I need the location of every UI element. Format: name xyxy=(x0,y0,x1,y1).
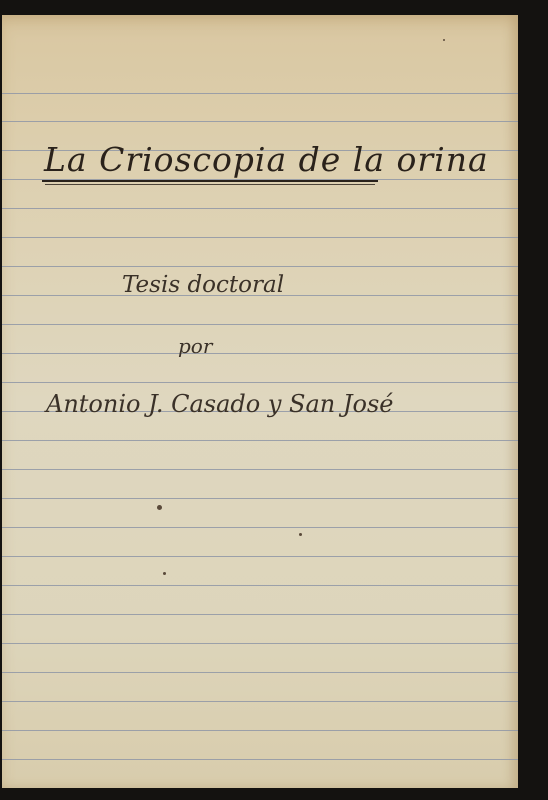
author-preposition: por xyxy=(178,334,212,358)
ruled-line xyxy=(2,701,518,702)
ruled-line xyxy=(2,353,518,354)
ink-spot xyxy=(443,39,445,41)
ruled-line xyxy=(2,440,518,441)
ruled-line xyxy=(2,237,518,238)
ruled-line xyxy=(2,208,518,209)
author-name: Antonio J. Casado y San José xyxy=(46,390,393,418)
ruled-line xyxy=(2,498,518,499)
ruled-line xyxy=(2,585,518,586)
ink-spot xyxy=(299,533,302,536)
document-subtitle: Tesis doctoral xyxy=(122,272,284,298)
ruled-line xyxy=(2,672,518,673)
ruled-line xyxy=(2,121,518,122)
title-underline xyxy=(42,180,378,182)
ruled-line xyxy=(2,382,518,383)
ruled-line xyxy=(2,614,518,615)
ink-spot xyxy=(157,505,162,510)
ruled-line xyxy=(2,324,518,325)
ruled-line xyxy=(2,730,518,731)
ruled-line xyxy=(2,527,518,528)
title-underline-secondary xyxy=(45,184,375,185)
ruled-line xyxy=(2,469,518,470)
ruled-line xyxy=(2,643,518,644)
ruled-line xyxy=(2,759,518,760)
ink-spot xyxy=(163,572,166,575)
document-title: La Crioscopia de la orina xyxy=(44,140,489,179)
ruled-line xyxy=(2,266,518,267)
ruled-line xyxy=(2,556,518,557)
ruled-line xyxy=(2,93,518,94)
